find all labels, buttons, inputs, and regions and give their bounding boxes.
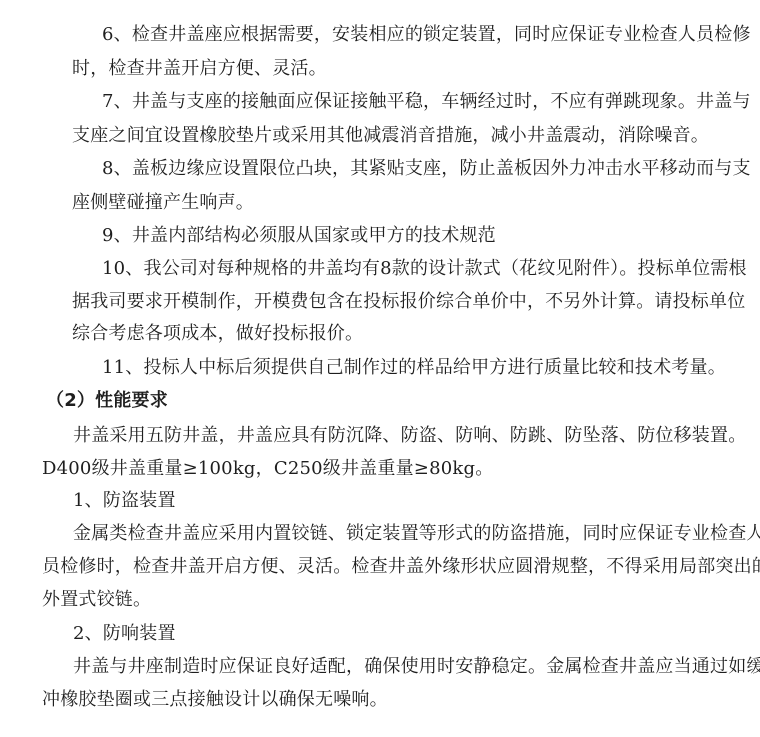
anti-theft-line-2: 员检修时，检查井盖开启方便、灵活。检查井盖外缘形状应圆滑规整，不得采用局部突出的	[42, 556, 760, 578]
anti-theft-heading: 1、防盗装置	[73, 490, 176, 512]
item-6-line-2: 时，检查井盖开启方便、灵活。	[72, 58, 327, 80]
anti-noise-heading: 2、防响装置	[73, 623, 176, 645]
anti-theft-line-1: 金属类检查井盖应采用内置铰链、锁定装置等形式的防盗措施，同时应保证专业检查人	[73, 523, 760, 545]
item-10-line-3: 综合考虑各项成本，做好投标报价。	[72, 323, 363, 345]
item-11-line-1: 11、投标人中标后须提供自己制作过的样品给甲方进行质量比较和技术考量。	[102, 357, 726, 379]
item-7-line-1: 7、井盖与支座的接触面应保证接触平稳，车辆经过时，不应有弹跳现象。井盖与	[102, 91, 751, 113]
item-6-line-1: 6、检查井盖座应根据需要，安装相应的锁定装置，同时应保证专业检查人员检修	[102, 24, 751, 46]
anti-noise-line-2: 冲橡胶垫圈或三点接触设计以确保无噪响。	[42, 689, 388, 711]
item-9-line-1: 9、井盖内部结构必须服从国家或甲方的技术规范	[102, 225, 496, 247]
anti-theft-line-3: 外置式铰链。	[42, 589, 151, 611]
item-8-line-1: 8、盖板边缘应设置限位凸块，其紧贴支座，防止盖板因外力冲击水平移动而与支	[102, 158, 751, 180]
item-7-line-2: 支座之间宜设置橡胶垫片或采用其他减震消音措施，减小井盖震动，消除噪音。	[72, 125, 709, 147]
item-10-line-2: 据我司要求开模制作，开模费包含在投标报价综合单价中，不另外计算。请投标单位	[72, 291, 745, 313]
item-10-line-1: 10、我公司对每种规格的井盖均有8款的设计款式（花纹见附件）。投标单位需根	[102, 258, 747, 280]
performance-intro-line-2: D400级井盖重量≥100kg，C250级井盖重量≥80kg。	[42, 458, 493, 480]
anti-noise-line-1: 井盖与井座制造时应保证良好适配，确保使用时安静稳定。金属检查井盖应当通过如缓	[73, 656, 760, 678]
performance-intro-line-1: 井盖采用五防井盖，井盖应具有防沉降、防盗、防响、防跳、防坠落、防位移装置。	[73, 425, 746, 447]
item-8-line-2: 座侧壁碰撞产生响声。	[72, 192, 254, 214]
section-heading-performance: （2）性能要求	[46, 390, 168, 412]
